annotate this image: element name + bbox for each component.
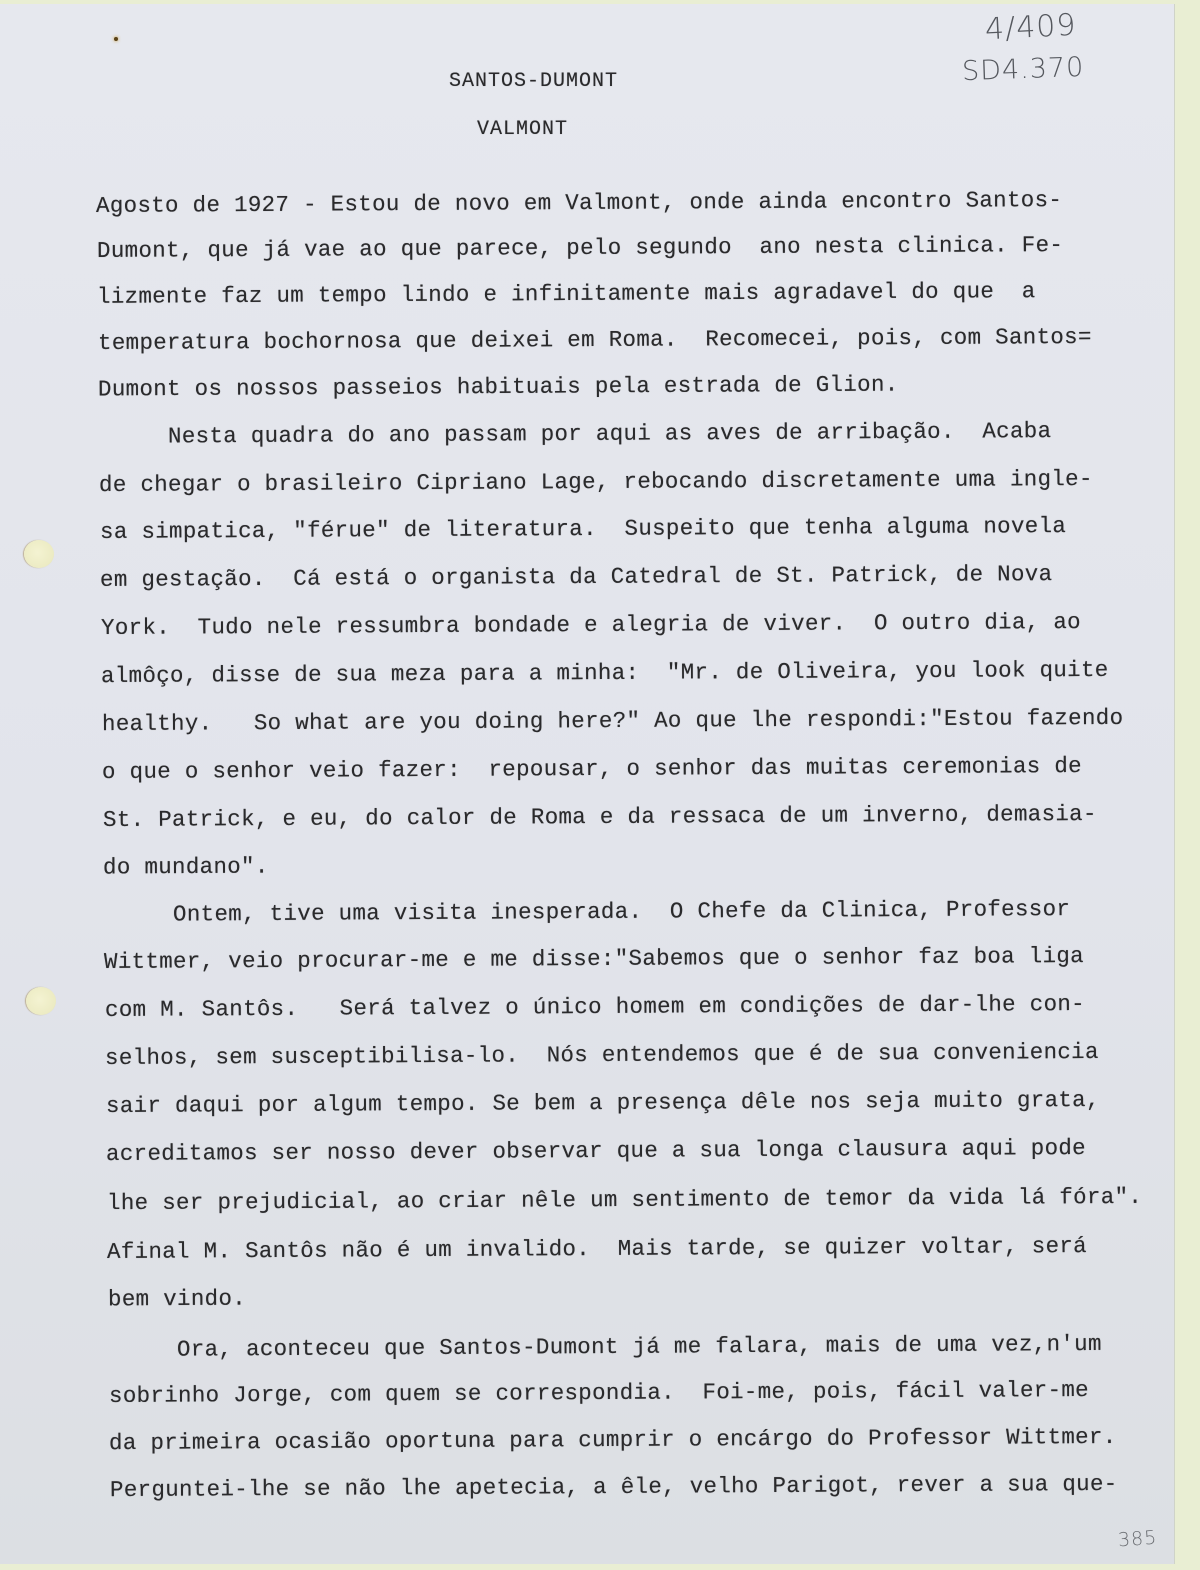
text-line: sa simpatica, "férue" de literatura. Sus…: [100, 513, 1066, 545]
text-line: Nesta quadra do ano passam por aqui as a…: [99, 418, 1052, 450]
document-title: SANTOS-DUMONT: [449, 70, 618, 93]
text-line: York. Tudo nele ressumbra bondade e aleg…: [101, 609, 1081, 641]
text-line: Ontem, tive uma visita inesperada. O Che…: [104, 896, 1070, 928]
ink-speck: [114, 37, 118, 41]
handwritten-catalog-number: 4/409: [984, 8, 1077, 48]
text-line: temperatura bochornosa que deixei em Rom…: [98, 324, 1092, 356]
text-line: lhe ser prejudicial, ao criar nêle um se…: [107, 1184, 1142, 1216]
text-line: Perguntei-lhe se não lhe apetecia, a êle…: [110, 1471, 1118, 1503]
text-line: healthy. So what are you doing here?" Ao…: [102, 705, 1124, 737]
punch-hole-upper: [24, 540, 54, 568]
text-line: Ora, aconteceu que Santos-Dumont já me f…: [108, 1331, 1102, 1363]
text-line: sair daqui por algum tempo. Se bem a pre…: [106, 1087, 1100, 1119]
text-line: com M. Santôs. Será talvez o único homem…: [105, 991, 1085, 1023]
text-line: lizmente faz um tempo lindo e infinitame…: [97, 278, 1036, 310]
text-line: St. Patrick, e eu, do calor de Roma e da…: [103, 801, 1097, 833]
text-line: de chegar o brasileiro Cipriano Lage, re…: [99, 466, 1093, 498]
text-line: Dumont, que já vae ao que parece, pelo s…: [97, 232, 1063, 264]
document-page: 4/409 SD4.370 SANTOS-DUMONT VALMONT Agos…: [0, 4, 1174, 1564]
document-subtitle: VALMONT: [477, 118, 568, 141]
text-line: o que o senhor veio fazer: repousar, o s…: [102, 753, 1082, 785]
text-line: da primeira ocasião oportuna para cumpri…: [109, 1424, 1117, 1456]
text-line: Agosto de 1927 - Estou de novo em Valmon…: [96, 187, 1062, 219]
punch-hole-lower: [26, 987, 56, 1015]
text-line: Wittmer, veio procurar-me e me disse:"Sa…: [104, 943, 1084, 975]
text-line: almôço, disse de sua meza para a minha: …: [101, 657, 1109, 689]
handwritten-archive-code: SD4.370: [961, 52, 1084, 87]
text-line: em gestação. Cá está o organista da Cate…: [100, 561, 1053, 593]
text-line: do mundano".: [103, 853, 269, 880]
text-line: acreditamos ser nosso dever observar que…: [106, 1135, 1086, 1167]
text-line: bem vindo.: [108, 1286, 246, 1313]
handwritten-page-number: 385: [1117, 1527, 1158, 1552]
text-line: Afinal M. Santôs não é um invalido. Mais…: [107, 1233, 1087, 1265]
text-line: sobrinho Jorge, com quem se correspondia…: [109, 1377, 1089, 1409]
text-line: selhos, sem susceptibilisa-lo. Nós enten…: [105, 1039, 1099, 1071]
text-line: Dumont os nossos passeios habituais pela…: [98, 372, 899, 403]
